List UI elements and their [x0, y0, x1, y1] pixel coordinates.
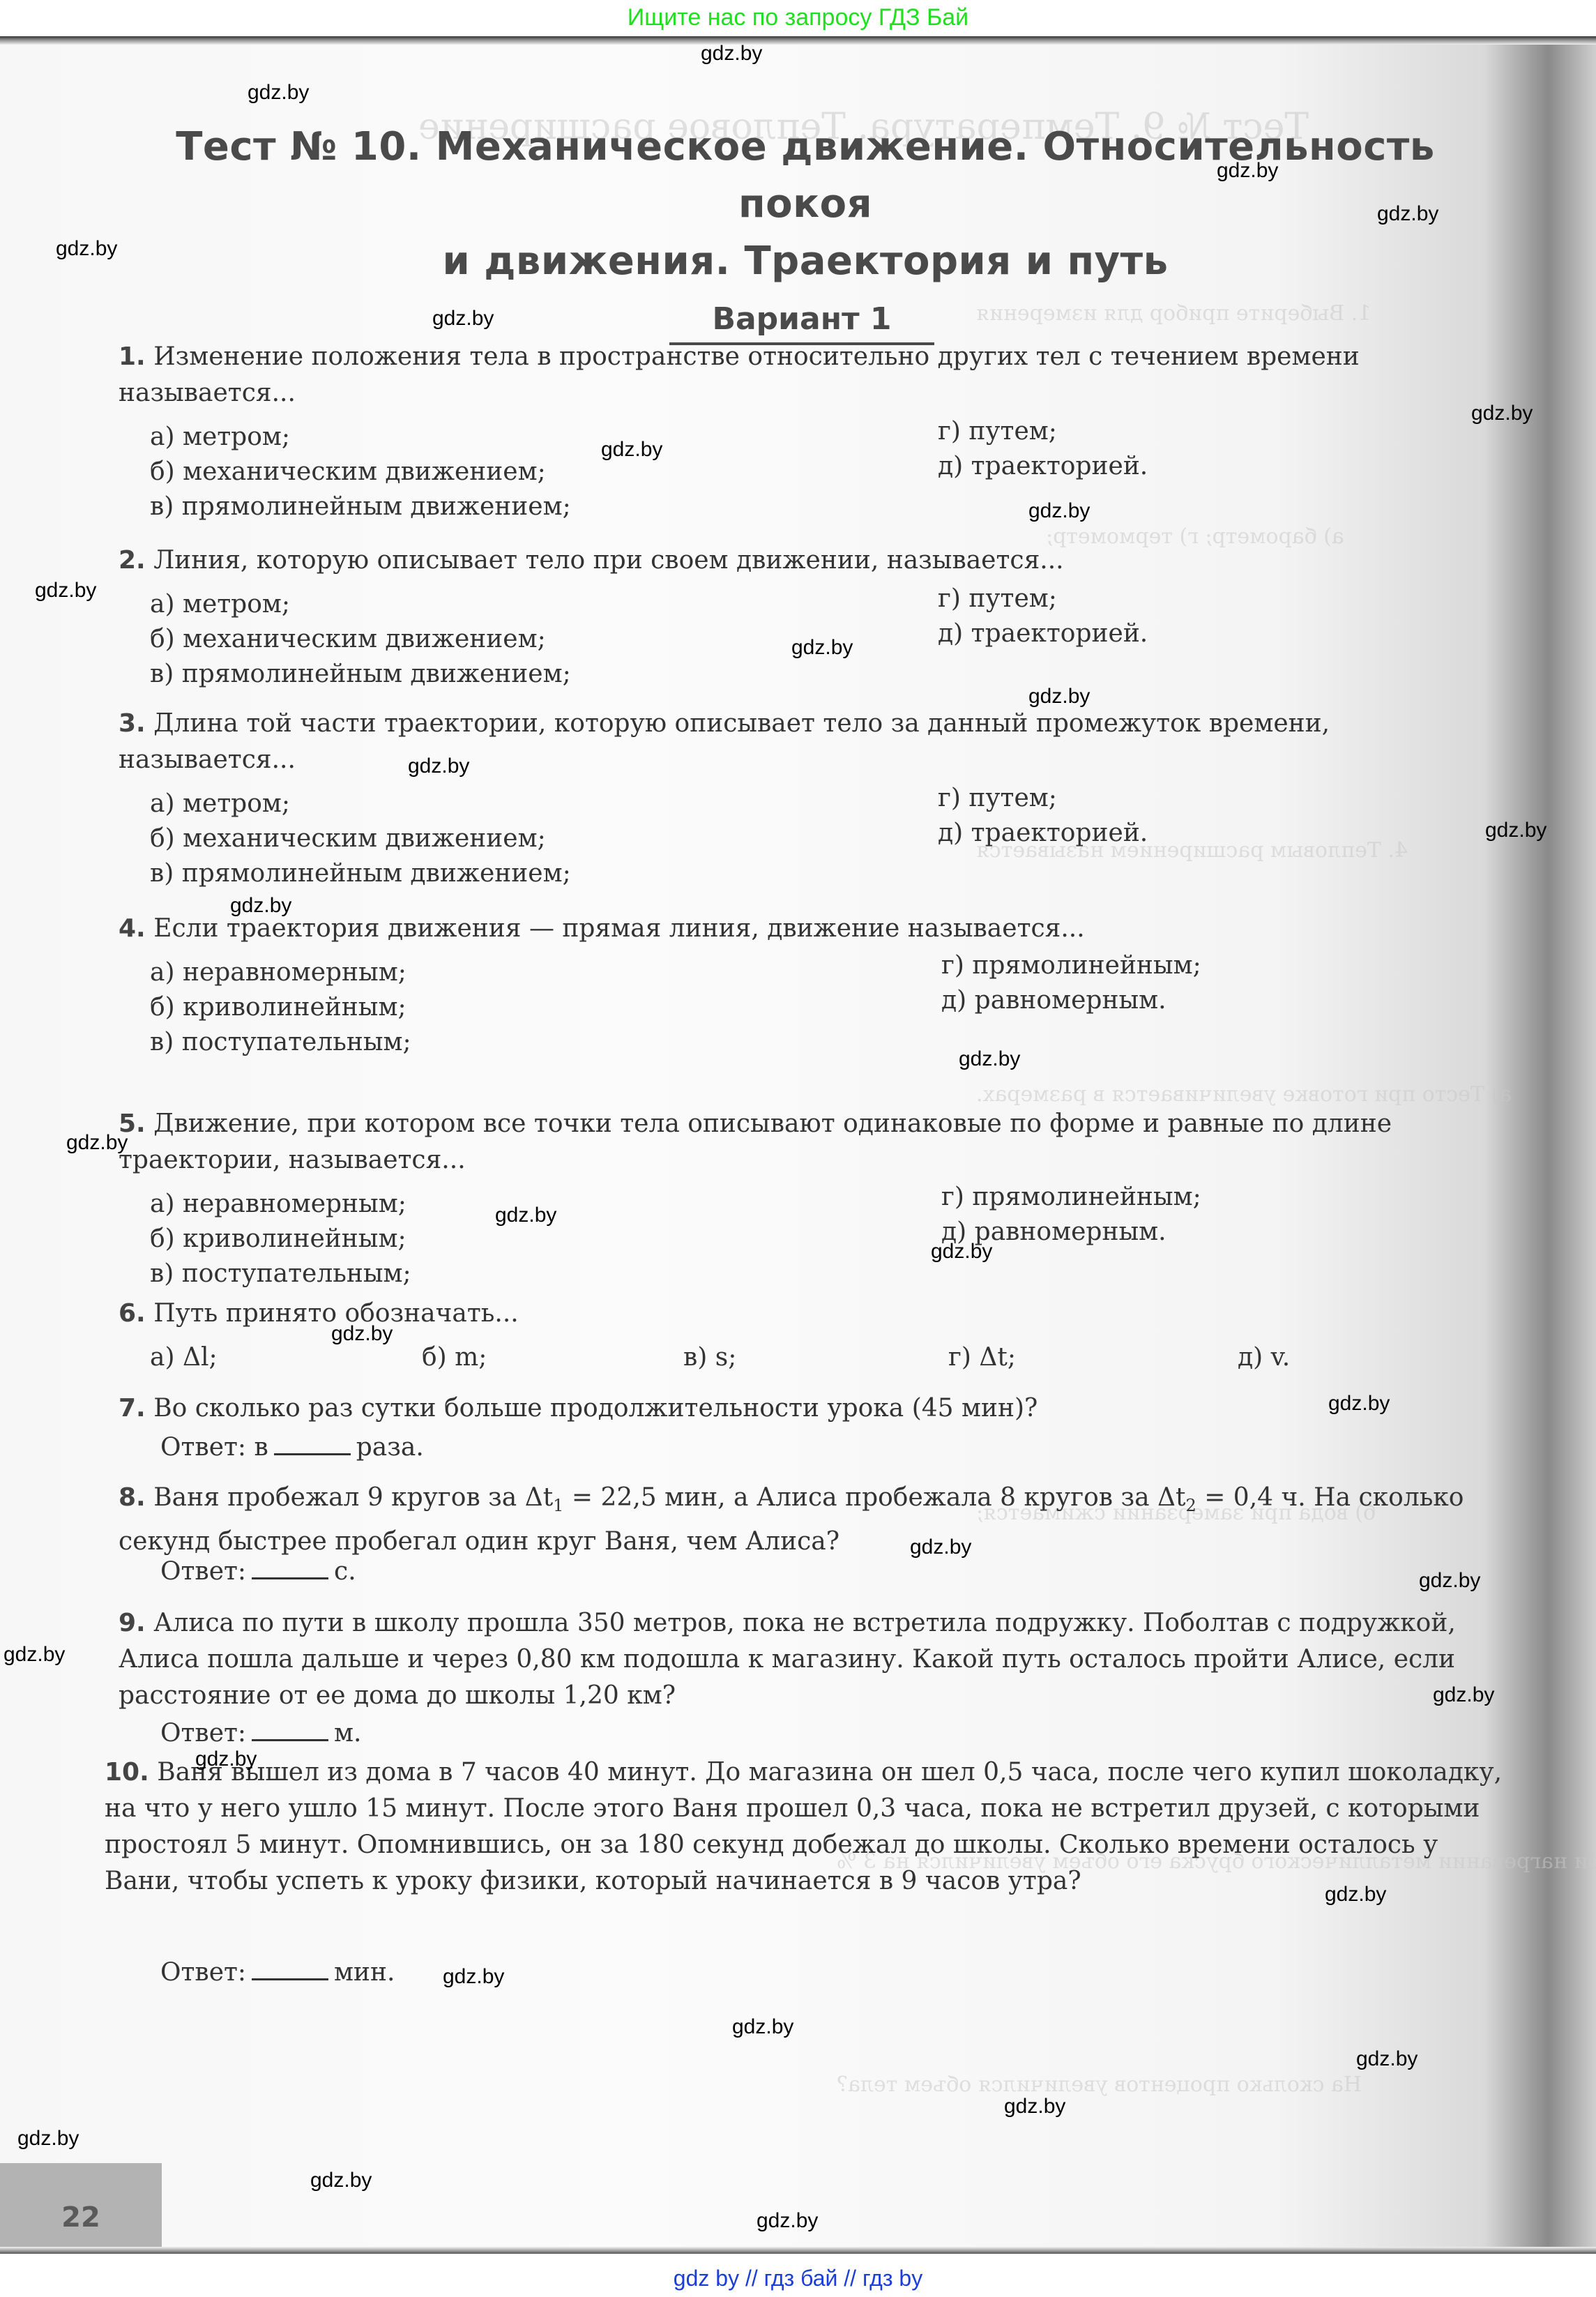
answer-unit: м. [334, 1719, 361, 1748]
option-v[interactable]: в) прямолинейным движением; [150, 657, 571, 692]
question-number: 9. [119, 1609, 146, 1637]
option-d[interactable]: д) траекторией. [938, 449, 1148, 484]
page-title: Тест № 10. Механическое движение. Относи… [150, 119, 1461, 290]
question-number: 1. [119, 342, 146, 371]
watermark: gdz.by [1217, 159, 1278, 183]
bottom-banner[interactable]: gdz by // гдз бай // гдз by [0, 2259, 1596, 2297]
watermark: gdz.by [1328, 1392, 1390, 1416]
question-8: 8. Ваня пробежал 9 кругов за Δt1 = 22,5 … [119, 1480, 1506, 1560]
answer-7: Ответ: враза. [160, 1432, 424, 1462]
answer-unit: раза. [356, 1433, 424, 1462]
question-number: 8. [119, 1483, 146, 1512]
watermark: gdz.by [701, 42, 762, 66]
answer-label: Ответ: в [160, 1433, 268, 1462]
watermark: gdz.by [910, 1536, 971, 1559]
question-text: Ваня вышел из дома в 7 часов 40 минут. Д… [105, 1758, 1502, 1895]
watermark: gdz.by [443, 1965, 504, 1989]
answer-9: Ответ:м. [160, 1718, 362, 1748]
question-number: 2. [119, 546, 146, 575]
watermark: gdz.by [1325, 1883, 1386, 1906]
question-number: 3. [119, 709, 146, 738]
watermark: gdz.by [495, 1204, 556, 1227]
question-text: Ваня пробежал 9 кругов за Δt1 = 22,5 мин… [119, 1483, 1464, 1556]
watermark: gdz.by [432, 307, 494, 331]
option-a[interactable]: а) неравномерным; [150, 1187, 406, 1222]
watermark: gdz.by [959, 1047, 1020, 1071]
question-text: Движение, при котором все точки тела опи… [119, 1109, 1392, 1174]
question-7: 7. Во сколько раз сутки больше продолжит… [119, 1390, 1506, 1427]
question-number: 7. [119, 1394, 146, 1423]
option-a[interactable]: а) метром; [150, 787, 290, 821]
question-text: Изменение положения тела в пространстве … [119, 342, 1360, 407]
option-b[interactable]: б) механическим движением; [150, 821, 546, 856]
watermark: gdz.by [3, 1643, 65, 1667]
bleed-through-text: 1. Выберите прибор для измерения [976, 301, 1371, 326]
option-v[interactable]: в) прямолинейным движением; [150, 856, 571, 891]
option-g[interactable]: г) путем; [938, 414, 1057, 449]
watermark: gdz.by [1419, 1569, 1480, 1593]
answer-label: Ответ: [160, 1958, 246, 1987]
watermark: gdz.by [56, 237, 117, 261]
watermark: gdz.by [757, 2209, 818, 2233]
option-b[interactable]: б) криволинейным; [150, 1222, 406, 1257]
answer-blank[interactable] [274, 1432, 351, 1455]
watermark: gdz.by [1356, 2047, 1418, 2071]
watermark: gdz.by [931, 1240, 992, 1264]
watermark: gdz.by [248, 81, 309, 105]
question-text: Длина той части траектории, которую опис… [119, 709, 1330, 774]
option-b[interactable]: б) m; [422, 1340, 487, 1375]
question-text: Если траектория движения — прямая линия,… [153, 914, 1085, 943]
watermark: gdz.by [17, 2127, 79, 2151]
option-a[interactable]: а) метром; [150, 587, 290, 622]
question-number: 10. [105, 1758, 149, 1787]
question-9: 9. Алиса по пути в школу прошла 350 метр… [119, 1605, 1506, 1714]
option-a[interactable]: а) Δl; [150, 1340, 218, 1375]
watermark: gdz.by [310, 2169, 372, 2192]
answer-blank[interactable] [252, 1556, 328, 1579]
watermark: gdz.by [1004, 2095, 1065, 2118]
answer-label: Ответ: [160, 1557, 246, 1586]
answer-blank[interactable] [252, 1957, 328, 1980]
page-top-edge [0, 36, 1596, 45]
answer-unit: мин. [334, 1958, 395, 1987]
option-v[interactable]: в) поступательным; [150, 1257, 411, 1291]
watermark: gdz.by [732, 2015, 793, 2039]
option-a[interactable]: а) неравномерным; [150, 955, 406, 990]
option-b[interactable]: б) механическим движением; [150, 622, 546, 657]
watermark: gdz.by [230, 894, 291, 918]
option-g[interactable]: г) прямолинейным; [941, 948, 1201, 983]
watermark: gdz.by [1028, 499, 1090, 523]
bleed-through-text: а) Тесто при готовке увеличивается в раз… [976, 1082, 1512, 1107]
watermark: gdz.by [1377, 202, 1438, 226]
watermark: gdz.by [1471, 402, 1533, 425]
option-g[interactable]: г) Δt; [948, 1340, 1016, 1375]
textbook-page: Тест № 9. Температура. Тепловое расширен… [0, 36, 1596, 2254]
watermark: gdz.by [408, 755, 469, 778]
watermark: gdz.by [35, 579, 96, 602]
question-number: 4. [119, 914, 146, 943]
watermark: gdz.by [66, 1131, 128, 1155]
watermark: gdz.by [791, 636, 853, 660]
option-v[interactable]: в) поступательным; [150, 1025, 411, 1060]
bleed-through-text: На сколько процентов увеличился объем те… [837, 2072, 1362, 2097]
title-line-2: и движения. Траектория и путь [150, 233, 1461, 290]
option-g[interactable]: г) прямолинейным; [941, 1180, 1201, 1215]
answer-10: Ответ:мин. [160, 1957, 395, 1987]
option-d[interactable]: д) v. [1238, 1340, 1290, 1375]
question-text: Линия, которую описывает тело при своем … [153, 546, 1063, 575]
answer-unit: с. [334, 1557, 356, 1586]
top-banner[interactable]: Ищите нас по запросу ГДЗ Бай [0, 0, 1596, 36]
option-d[interactable]: д) равномерным. [941, 983, 1166, 1018]
page-number: 22 [0, 2201, 162, 2234]
option-b[interactable]: б) криволинейным; [150, 990, 406, 1025]
watermark: gdz.by [601, 438, 662, 462]
option-d[interactable]: д) траекторией. [938, 616, 1148, 651]
option-g[interactable]: г) путем; [938, 582, 1057, 616]
question-5: 5. Движение, при котором все точки тела … [119, 1106, 1506, 1178]
watermark: gdz.by [195, 1748, 257, 1771]
question-3: 3. Длина той части траектории, которую о… [119, 706, 1506, 778]
answer-blank[interactable] [252, 1718, 328, 1741]
option-a[interactable]: а) метром; [150, 420, 290, 455]
watermark: gdz.by [1028, 685, 1090, 708]
answer-8: Ответ:с. [160, 1556, 356, 1586]
question-1: 1. Изменение положения тела в пространст… [119, 339, 1506, 411]
question-4: 4. Если траектория движения — прямая лин… [119, 911, 1506, 947]
question-10: 10. Ваня вышел из дома в 7 часов 40 мину… [105, 1754, 1506, 1900]
question-number: 6. [119, 1299, 146, 1328]
option-b[interactable]: б) механическим движением; [150, 455, 546, 490]
option-v[interactable]: в) s; [683, 1340, 736, 1375]
question-6: 6. Путь принято обозначать... [119, 1296, 1506, 1332]
watermark: gdz.by [331, 1322, 393, 1346]
option-d[interactable]: д) траекторией. [938, 816, 1148, 851]
question-2: 2. Линия, которую описывает тело при сво… [119, 543, 1506, 579]
question-text: Алиса по пути в школу прошла 350 метров,… [119, 1609, 1456, 1710]
option-g[interactable]: г) путем; [938, 781, 1057, 816]
watermark: gdz.by [1485, 819, 1546, 842]
question-text: Во сколько раз сутки больше продолжитель… [153, 1394, 1038, 1423]
answer-label: Ответ: [160, 1719, 246, 1748]
option-v[interactable]: в) прямолинейным движением; [150, 490, 571, 524]
watermark: gdz.by [1433, 1683, 1494, 1707]
page-bottom-edge [0, 2247, 1596, 2254]
